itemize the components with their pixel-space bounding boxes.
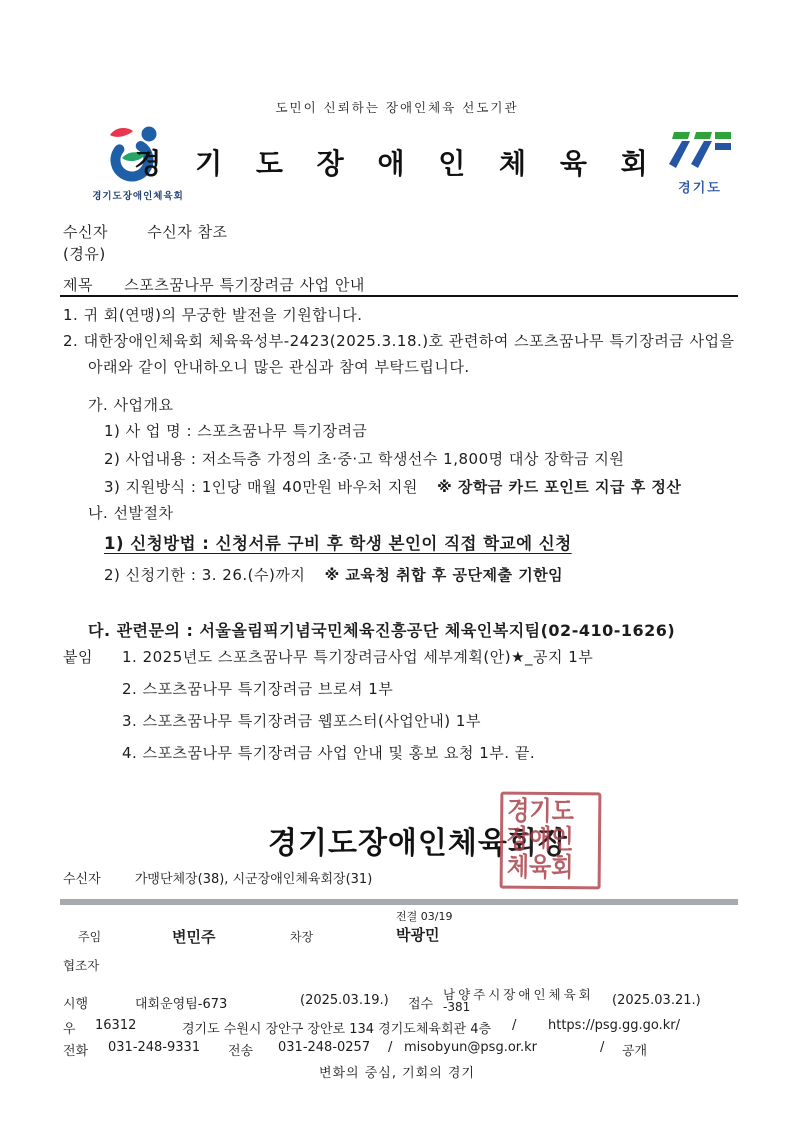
enforce-date: (2025.03.19.) <box>300 993 389 1008</box>
subject-row: 제목 스포츠꿈나무 특기장려금 사업 안내 <box>63 274 365 295</box>
na-item-2-text: 2) 신청기한 : 3. 26.(수)까지 <box>104 566 305 584</box>
official-seal-stamp: 경기도 장애인 체육회 <box>500 792 602 890</box>
postal-code: 16312 <box>95 1018 136 1033</box>
approval-divider <box>60 899 738 905</box>
document-page: 도민이 신뢰하는 장애인체육 선도기관 경기도장애인체육회 경 기 도 장 애 … <box>0 0 794 1123</box>
paragraph-1: 1. 귀 회(연맹)의 무궁한 발전을 기원합니다. <box>63 304 362 325</box>
postal-label: 우 <box>63 1018 76 1037</box>
final-recipients-value: 가맹단체장(38), 시군장애인체육회장(31) <box>135 868 372 887</box>
enforce-value: 대회운영팀-673 <box>135 993 227 1012</box>
stamp-text: 장애인 <box>507 827 574 854</box>
attachment-item: 3. 스포츠꿈나무 특기장려금 웹포스터(사업안내) 1부 <box>122 710 481 731</box>
gyeonggi-logo-caption: 경기도 <box>660 177 740 196</box>
na-item-1: 1) 신청방법 : 신청서류 구비 후 학생 본인이 직접 학교에 신청 <box>104 530 572 554</box>
section-da: 다. 관련문의 : 서울올림픽기념국민체육진흥공단 체육인복지팀(02-410-… <box>88 618 675 641</box>
ga-item-2: 2) 사업내용 : 저소득층 가정의 초·중·고 학생선수 1,800명 대상 … <box>104 448 624 469</box>
section-na-title: 나. 선발절차 <box>88 502 174 523</box>
approver-role-1: 주임 <box>78 928 101 945</box>
separator-slash: / <box>600 1040 604 1055</box>
cooperator-label: 협조자 <box>63 956 99 974</box>
fax-label: 전송 <box>228 1040 253 1059</box>
org-logo-caption: 경기도장애인체육회 <box>88 188 188 202</box>
stamp-text: 경기도 <box>507 799 574 826</box>
ga-item-3-note: ※ 장학금 카드 포인트 지급 후 정산 <box>437 478 681 496</box>
ga-item-3: 3) 지원방식 : 1인당 매월 40만원 바우처 지원 ※ 장학금 카드 포인… <box>104 476 681 497</box>
receipt-label: 접수 <box>408 993 433 1012</box>
receipt-date: (2025.03.21.) <box>612 993 701 1008</box>
delegation-note: 전결 03/19 <box>396 908 452 924</box>
paragraph-2-line2: 아래와 같이 안내하오니 많은 관심과 참여 부탁드립니다. <box>88 356 470 377</box>
na-item-2: 2) 신청기한 : 3. 26.(수)까지 ※ 교육청 취합 후 공단제출 기한… <box>104 564 563 585</box>
website-link[interactable]: https://psg.gg.go.kr/ <box>548 1018 680 1033</box>
stamp-row: 경기도 <box>507 800 594 824</box>
paragraph-2-line1: 2. 대한장애인체육회 체육육성부-2423(2025.3.18.)호 관련하여… <box>63 330 735 351</box>
disclosure-status: 공개 <box>622 1040 647 1059</box>
recipient-row: 수신자 수신자 참조 <box>63 221 227 242</box>
approver-name-1: 변민주 <box>172 926 215 947</box>
header-slogan: 도민이 신뢰하는 장애인체육 선도기관 <box>0 98 794 116</box>
subject-divider <box>60 295 738 297</box>
final-recipients-row: 수신자 가맹단체장(38), 시군장애인체육회장(31) <box>63 868 372 887</box>
gyeonggi-logo: 경기도 <box>660 130 740 196</box>
attachment-item: 2. 스포츠꿈나무 특기장려금 브로셔 1부 <box>122 678 393 699</box>
ga-item-3-text: 3) 지원방식 : 1인당 매월 40만원 바우처 지원 <box>104 478 418 496</box>
ga-item-1: 1) 사 업 명 : 스포츠꿈나무 특기장려금 <box>104 420 367 441</box>
recipient-label: 수신자 <box>63 221 108 242</box>
gyeonggi-symbol-icon <box>667 130 733 170</box>
separator-slash: / <box>512 1018 516 1033</box>
address: 경기도 수원시 장안구 장안로 134 경기도체육회관 4층 <box>182 1018 491 1037</box>
receipt-number: -381 <box>443 1000 470 1014</box>
email-address[interactable]: misobyun@psg.or.kr <box>404 1040 537 1055</box>
subject-value: 스포츠꿈나무 특기장려금 사업 안내 <box>124 274 365 295</box>
fax-number: 031-248-0257 <box>278 1040 370 1055</box>
attachment-item: 1. 2025년도 스포츠꿈나무 특기장려금사업 세부계획(안)★_공지 1부 <box>122 646 593 667</box>
footer-slogan: 변화의 중심, 기회의 경기 <box>0 1062 794 1081</box>
attachments-label: 붙임 <box>63 646 93 667</box>
approver-role-2: 차장 <box>290 928 313 945</box>
stamp-row: 체육회 <box>507 857 594 881</box>
separator-slash: / <box>388 1040 392 1055</box>
approver-name-2: 박광민 <box>396 924 439 945</box>
via-line: (경유) <box>63 243 106 264</box>
na-item-2-note: ※ 교육청 취합 후 공단제출 기한임 <box>325 566 564 584</box>
enforce-label: 시행 <box>63 993 88 1012</box>
final-recipients-label: 수신자 <box>63 872 101 887</box>
section-ga-title: 가. 사업개요 <box>88 394 174 415</box>
recipient-value: 수신자 참조 <box>147 221 227 242</box>
phone-label: 전화 <box>63 1040 88 1059</box>
phone-number: 031-248-9331 <box>108 1040 200 1055</box>
stamp-text: 체육회 <box>507 855 574 882</box>
subject-label: 제목 <box>63 274 93 295</box>
stamp-row: 장애인 <box>507 829 594 853</box>
attachment-item: 4. 스포츠꿈나무 특기장려금 사업 안내 및 홍보 요청 1부. 끝. <box>122 742 535 763</box>
